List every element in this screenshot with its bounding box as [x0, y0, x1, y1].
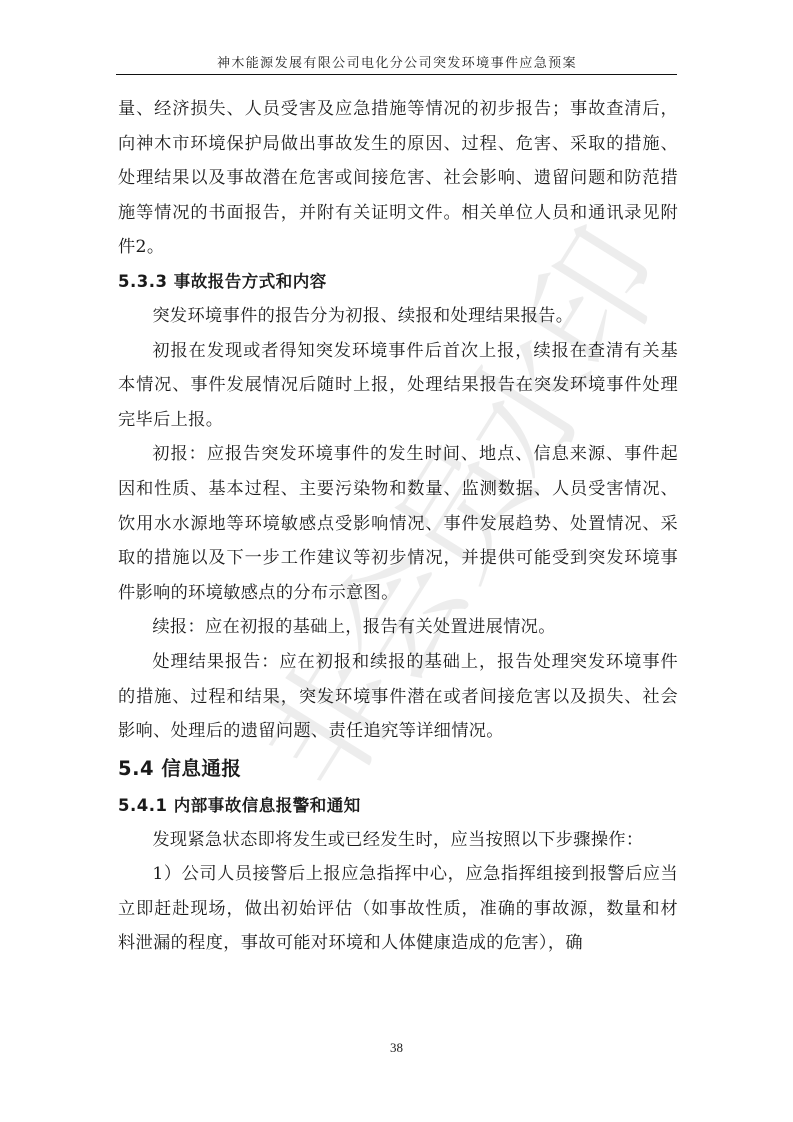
- paragraph-step-1: 1）公司人员接警后上报应急指挥中心，应急指挥组接到报警后应当立即赶赴现场，做出初…: [118, 857, 678, 961]
- heading-5-4: 5.4 信息通报: [118, 749, 678, 789]
- running-header: 神木能源发展有限公司电化分公司突发环境事件应急预案: [118, 52, 676, 71]
- paragraph-result-report: 处理结果报告：应在初报和续报的基础上，报告处理突发环境事件的措施、过程和结果，突…: [118, 645, 678, 749]
- heading-5-3-3: 5.3.3 事故报告方式和内容: [118, 265, 678, 299]
- paragraph: 发现紧急状态即将发生或已经发生时，应当按照以下步骤操作：: [118, 823, 678, 858]
- header-divider: [116, 74, 677, 75]
- paragraph-follow-up-report: 续报：应在初报的基础上，报告有关处置进展情况。: [118, 610, 678, 645]
- page-body: 量、经济损失、人员受害及应急措施等情况的初步报告；事故查清后，向神木市环境保护局…: [118, 92, 678, 961]
- paragraph: 初报在发现或者得知突发环境事件后首次上报，续报在查清有关基本情况、事件发展情况后…: [118, 334, 678, 438]
- page-number: 38: [0, 1040, 793, 1056]
- paragraph-initial-report: 初报：应报告突发环境事件的发生时间、地点、信息来源、事件起因和性质、基本过程、主…: [118, 437, 678, 610]
- heading-5-4-1: 5.4.1 内部事故信息报警和通知: [118, 789, 678, 823]
- paragraph-continued: 量、经济损失、人员受害及应急措施等情况的初步报告；事故查清后，向神木市环境保护局…: [118, 92, 678, 265]
- paragraph: 突发环境事件的报告分为初报、续报和处理结果报告。: [118, 299, 678, 334]
